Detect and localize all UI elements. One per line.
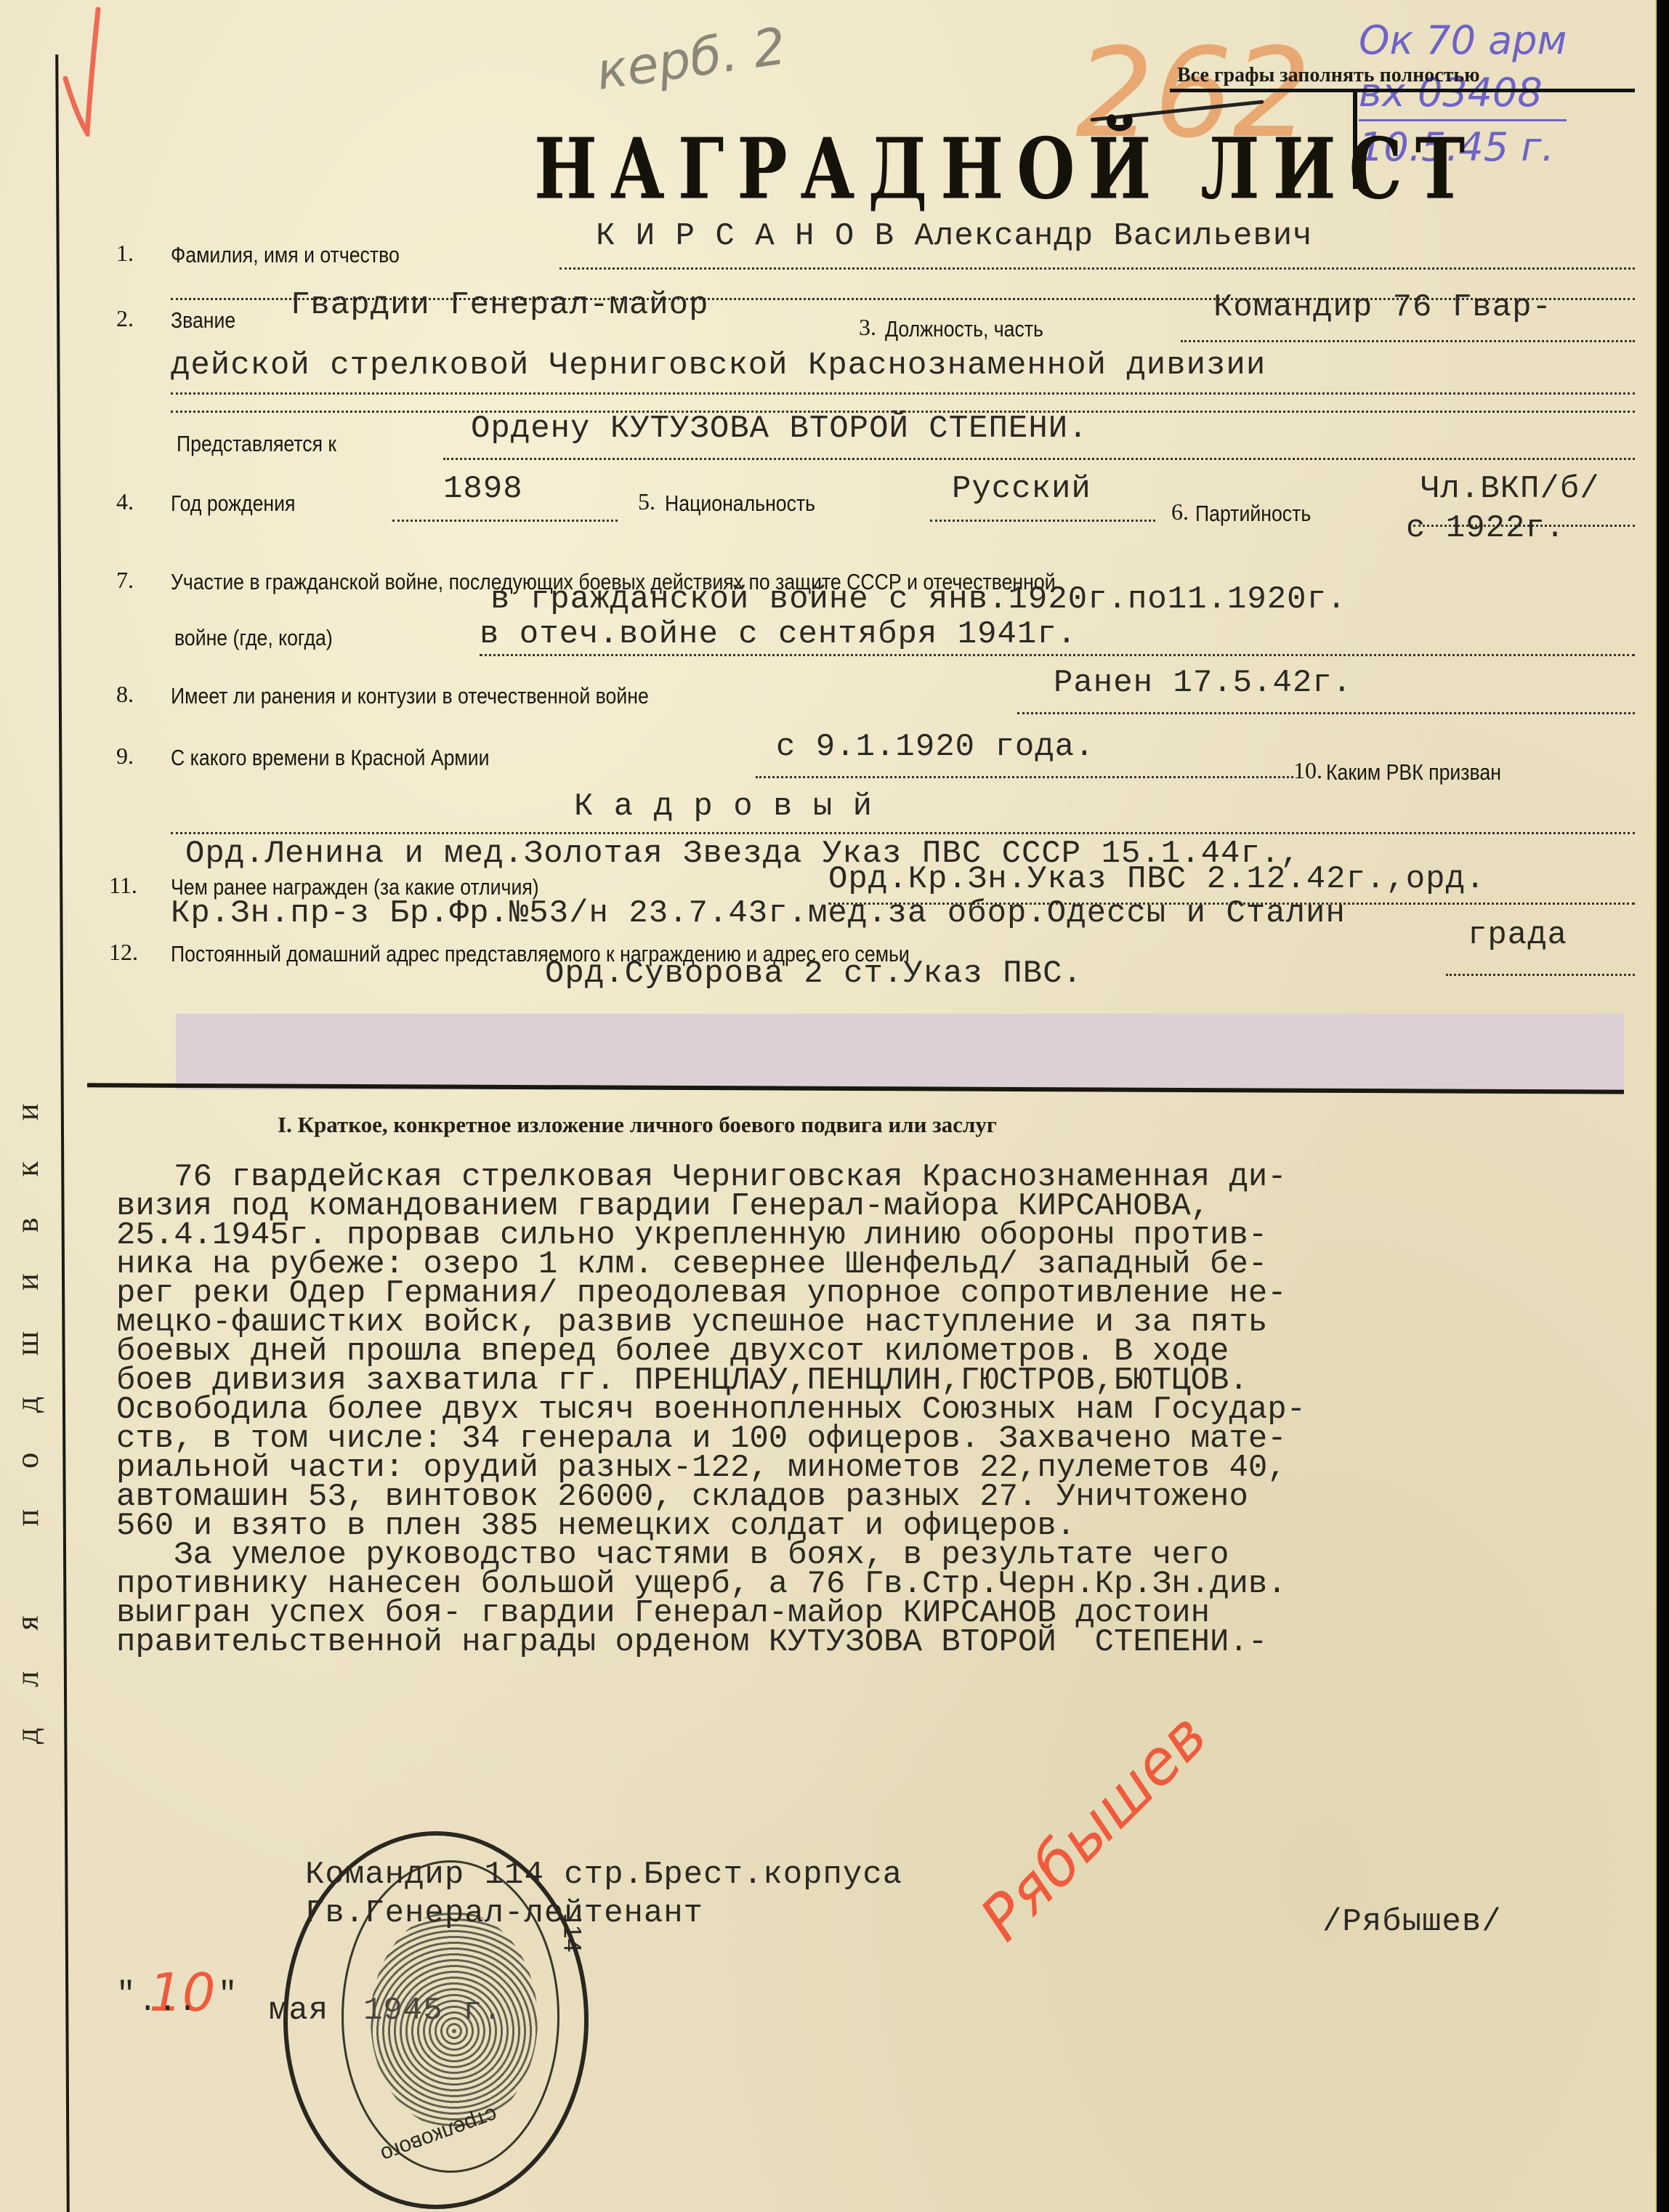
field-value-rank: Гвардии Генерал-майор <box>291 287 709 323</box>
field-underline <box>930 520 1155 522</box>
field-underline <box>559 267 1635 270</box>
feat-line: визия под командованием гвардии Генерал-… <box>116 1192 1628 1221</box>
scan-border <box>1655 0 1669 2212</box>
signatory-name: /Рябышев/ <box>1322 1904 1502 1940</box>
field-underline <box>1446 974 1635 976</box>
field-label-party: Партийность <box>1195 501 1311 527</box>
field-underline <box>171 832 1635 834</box>
field-value-party-cont: с 1922г. <box>1406 510 1565 546</box>
feat-line: 76 гвардейская стрелковая Черниговская К… <box>116 1163 1628 1192</box>
section-heading: I. Краткое, конкретное изложение личного… <box>278 1112 997 1138</box>
field-number: 4. <box>116 488 134 515</box>
field-value-birth-year: 1898 <box>443 471 523 507</box>
date-year: 1945 г. <box>363 1993 503 2029</box>
field-value-war-participation: в гражданской войне с янв.1920г.по11.192… <box>490 581 1346 618</box>
field-value-party: Чл.ВКП/б/ <box>1421 471 1600 507</box>
field-value-draft-office: К а д р о в ы й <box>574 788 873 825</box>
redacted-address-block <box>176 1014 1624 1090</box>
feat-description: 76 гвардейская стрелковая Черниговская К… <box>116 1163 1628 1657</box>
field-underline <box>171 392 1635 395</box>
date-month: мая <box>269 1993 328 2029</box>
feat-line: рег реки Одер Германия/ преодолевая упор… <box>116 1279 1628 1308</box>
field-underline <box>1017 712 1635 714</box>
feat-line: боев дивизия захватила гг. ПРЕНЦЛАУ,ПЕНЦ… <box>116 1366 1628 1395</box>
field-value-wounds: Ранен 17.5.42г. <box>1054 665 1352 701</box>
registration-line: Ок 70 арм <box>1359 15 1567 67</box>
field-value-nationality: Русский <box>952 471 1091 507</box>
signatory-rank: Гв.Генерал-лейтенант <box>305 1895 703 1932</box>
field-label-army-since: С какого времени в Красной Армии <box>171 745 490 771</box>
feat-line: ника на рубеже: озеро 1 клм. севернее Ше… <box>116 1250 1628 1279</box>
notice-rule <box>1170 89 1635 92</box>
feat-line: За умелое руководство частями в боях, в … <box>116 1541 1628 1570</box>
previous-award-line: Орд.Кр.Зн.Указ ПВС 2.12.42г.,орд. <box>828 861 1485 897</box>
date-quote-open: " <box>116 1977 136 2013</box>
feat-line: Освободила более двух тысяч военнопленны… <box>116 1395 1628 1424</box>
checkmark-icon <box>58 6 102 137</box>
date-quote-close: " <box>218 1977 238 2013</box>
feat-line: риальной части: орудий разных-122, мином… <box>116 1453 1628 1482</box>
signatory-position: Командир 114 стр.Брест.корпуса <box>305 1857 902 1893</box>
previous-award-line: Орд.Суворова 2 ст.Указ ПВС. <box>545 956 1083 992</box>
date-dots: ... <box>138 1984 198 2020</box>
field-label-war-participation-cont: войне (где, когда) <box>174 625 333 651</box>
field-underline <box>392 520 618 522</box>
field-number: 8. <box>116 681 134 708</box>
field-number: 1. <box>116 240 134 267</box>
feat-line: автомашин 53, винтовок 26000, складов ра… <box>116 1482 1628 1511</box>
field-underline <box>480 654 1635 656</box>
field-label-wounds: Имеет ли ранения и контузии в отечествен… <box>171 683 649 709</box>
feat-line: правительственной награды орденом КУТУЗО… <box>116 1628 1628 1657</box>
binding-margin-label: для подшивки <box>9 1063 46 1744</box>
field-label-presented-to: Представляется к <box>177 431 336 457</box>
feat-line: выигран успех боя- гвардии Генерал-майор… <box>116 1599 1628 1628</box>
field-number: 11. <box>109 872 137 899</box>
previous-award-line: града <box>1468 917 1567 953</box>
field-label-rank: Звание <box>171 307 235 334</box>
field-number: 6. <box>1171 498 1189 525</box>
field-label-nationality: Национальность <box>665 491 815 517</box>
field-value-position: Командир 76 Гвар- <box>1213 289 1552 326</box>
field-label-position: Должность, часть <box>885 316 1043 342</box>
fill-all-fields-notice: Все графы заполнять полностью <box>1177 64 1480 87</box>
field-number: 3. <box>859 314 876 341</box>
feat-line: мецко-фашистких войск, развив успешное н… <box>116 1308 1628 1337</box>
feat-line: ств, в том числе: 34 генерала и 100 офиц… <box>116 1424 1628 1453</box>
field-value-army-since: с 9.1.1920 года. <box>776 729 1094 765</box>
previous-award-line: Кр.Зн.пр-з Бр.Фр.№53/н 23.7.43г.мед.за о… <box>171 895 1346 932</box>
feat-line: 560 и взято в плен 385 немецких солдат и… <box>116 1511 1628 1541</box>
field-underline <box>756 776 1293 778</box>
field-number: 2. <box>116 305 134 332</box>
field-number: 10. <box>1293 757 1322 784</box>
field-number: 9. <box>116 743 134 770</box>
field-number: 5. <box>638 488 655 515</box>
document-title: НАГРАДНОЙ ЛИСТ <box>534 120 1478 218</box>
feat-line: боевых дней прошла вперед более двухсот … <box>116 1337 1628 1366</box>
field-label-draft-office: Каким РВК призван <box>1326 759 1501 786</box>
field-value-full-name: К И Р С А Н О В Александр Васильевич <box>596 218 1313 254</box>
feat-line: противнику нанесен большой ущерб, а 76 Г… <box>116 1570 1628 1599</box>
field-number: 7. <box>116 567 134 594</box>
feat-line: 25.4.1945г. прорвав сильно укрепленную л… <box>116 1221 1628 1250</box>
field-value-position-cont: дейской стрелковой Черниговской Краснозн… <box>171 347 1266 384</box>
field-underline <box>1181 340 1635 342</box>
field-number: 12. <box>109 939 138 966</box>
field-value-war-participation-cont: в отеч.войне с сентября 1941г. <box>480 616 1077 653</box>
field-underline <box>443 458 1635 460</box>
field-label-birth-year: Год рождения <box>171 491 295 517</box>
field-value-award: Ордену КУТУЗОВА ВТОРОЙ СТЕПЕНИ. <box>471 411 1088 447</box>
field-label-full-name: Фамилия, имя и отчество <box>171 242 400 268</box>
